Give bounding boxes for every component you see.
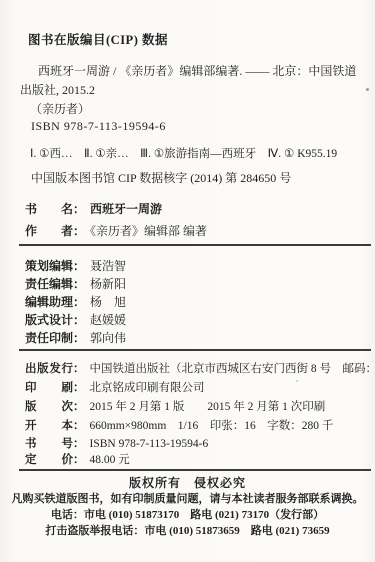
antipiracy-phone-line: 打击盗版举报电话：市电 (010) 51873659 路电 (021) 7365… (0, 522, 375, 538)
colon: ： (73, 202, 85, 216)
row-label: 编辑助理 (25, 293, 73, 310)
cip-header: 图书在版编目(CIP) 数据 (28, 30, 168, 48)
edition-row: 版次：2015 年 2 月第 1 版 2015 年 2 月第 1 次印刷 (25, 398, 325, 414)
editor-row: 责任编辑：杨新阳 (25, 275, 126, 292)
row-label: 责任编辑 (25, 275, 73, 292)
row-label: 开本 (25, 417, 73, 433)
format-value: 660mm×980mm 1/16 印张：16 字数：280 千 (90, 420, 334, 432)
row-label: 书名 (25, 200, 73, 217)
book-title-value: 西班牙一周游 (90, 202, 162, 216)
quality-exchange-notice: 凡购买铁道版图书，如有印制质量问题，请与本社读者服务部联系调换。 (0, 490, 375, 506)
scan-speck (296, 380, 298, 382)
publisher-row: 出版发行：中国铁道出版社（北京市西城区右安门西街 8 号 邮码：100054） (25, 360, 375, 376)
row-label: 责任印制 (25, 329, 73, 346)
row-label: 印刷 (25, 379, 73, 395)
colon: ： (73, 295, 85, 309)
publisher-value: 中国铁道出版社（北京市西城区右安门西街 8 号 邮码：100054） (90, 363, 375, 375)
edition-value: 2015 年 2 月第 1 版 2015 年 2 月第 1 次印刷 (90, 401, 326, 413)
printer-value: 北京铭成印刷有限公司 (90, 382, 205, 394)
price-value: 48.00 元 (90, 454, 130, 466)
copyright-notice: 版权所有 侵权必究 (0, 474, 375, 491)
cip-description-line1: 西班牙一周游 / 《亲历者》编辑部编著. —— 北京：中国铁道 (38, 62, 356, 79)
editor-value: 聂浩智 (90, 259, 126, 273)
editor-row: 版式设计：赵媛媛 (25, 311, 126, 328)
phone-line: 电话：市电 (010) 51873170 路电 (021) 73170（发行部） (0, 506, 375, 522)
series-title: （亲历者） (30, 100, 90, 117)
colon: ： (73, 438, 85, 450)
row-label: 书号 (25, 435, 73, 451)
printer-row: 印刷：北京铭成印刷有限公司 (25, 379, 205, 395)
format-row: 开本：660mm×980mm 1/16 印张：16 字数：280 千 (25, 417, 333, 433)
isbn-value: ISBN 978-7-113-19594-6 (90, 438, 209, 450)
scan-speck (366, 88, 369, 91)
colon: ： (73, 331, 85, 345)
cip-description-line2: 出版社, 2015.2 (20, 81, 95, 98)
cip-classification: Ⅰ. ①西… Ⅱ. ①亲… Ⅲ. ①旅游指南—西班牙 Ⅳ. ① K955.19 (30, 145, 337, 161)
isbn-row: 书号：ISBN 978-7-113-19594-6 (25, 435, 208, 451)
colon: ： (73, 363, 85, 375)
row-label: 版次 (25, 398, 73, 414)
editor-value: 赵媛媛 (90, 313, 126, 327)
copyright-page: 图书在版编目(CIP) 数据 西班牙一周游 / 《亲历者》编辑部编著. —— 北… (0, 0, 375, 562)
colon: ： (73, 401, 85, 413)
row-label: 定价 (25, 451, 73, 467)
cip-record-number: 中国版本图书馆 CIP 数据核字 (2014) 第 284650 号 (31, 169, 291, 186)
row-label: 出版发行 (25, 360, 73, 376)
colon: ： (73, 224, 85, 238)
book-author-row: 作者：《亲历者》编辑部 编著 (25, 222, 207, 239)
row-label: 作者 (25, 222, 73, 239)
editor-value: 杨新阳 (90, 277, 126, 291)
editor-value: 杨 旭 (90, 295, 126, 309)
row-label: 策划编辑 (25, 257, 73, 274)
colon: ： (73, 382, 85, 394)
colon: ： (73, 277, 85, 291)
editor-row: 策划编辑：聂浩智 (25, 257, 126, 274)
row-label: 版式设计 (25, 311, 73, 328)
price-row: 定价：48.00 元 (25, 451, 130, 467)
editor-row: 责任印制：郭向伟 (25, 329, 126, 346)
colon: ： (73, 420, 85, 432)
editor-row: 编辑助理：杨 旭 (25, 293, 126, 310)
divider-rule-2 (19, 349, 371, 351)
book-author-value: 《亲历者》编辑部 编著 (90, 224, 207, 238)
colon: ： (73, 259, 85, 273)
divider-rule-3 (19, 469, 371, 471)
book-title-row: 书名：西班牙一周游 (25, 200, 162, 217)
isbn-line: ISBN 978-7-113-19594-6 (31, 119, 166, 134)
editor-value: 郭向伟 (90, 331, 126, 345)
colon: ： (73, 313, 85, 327)
divider-rule-1 (19, 244, 371, 246)
colon: ： (73, 454, 85, 466)
